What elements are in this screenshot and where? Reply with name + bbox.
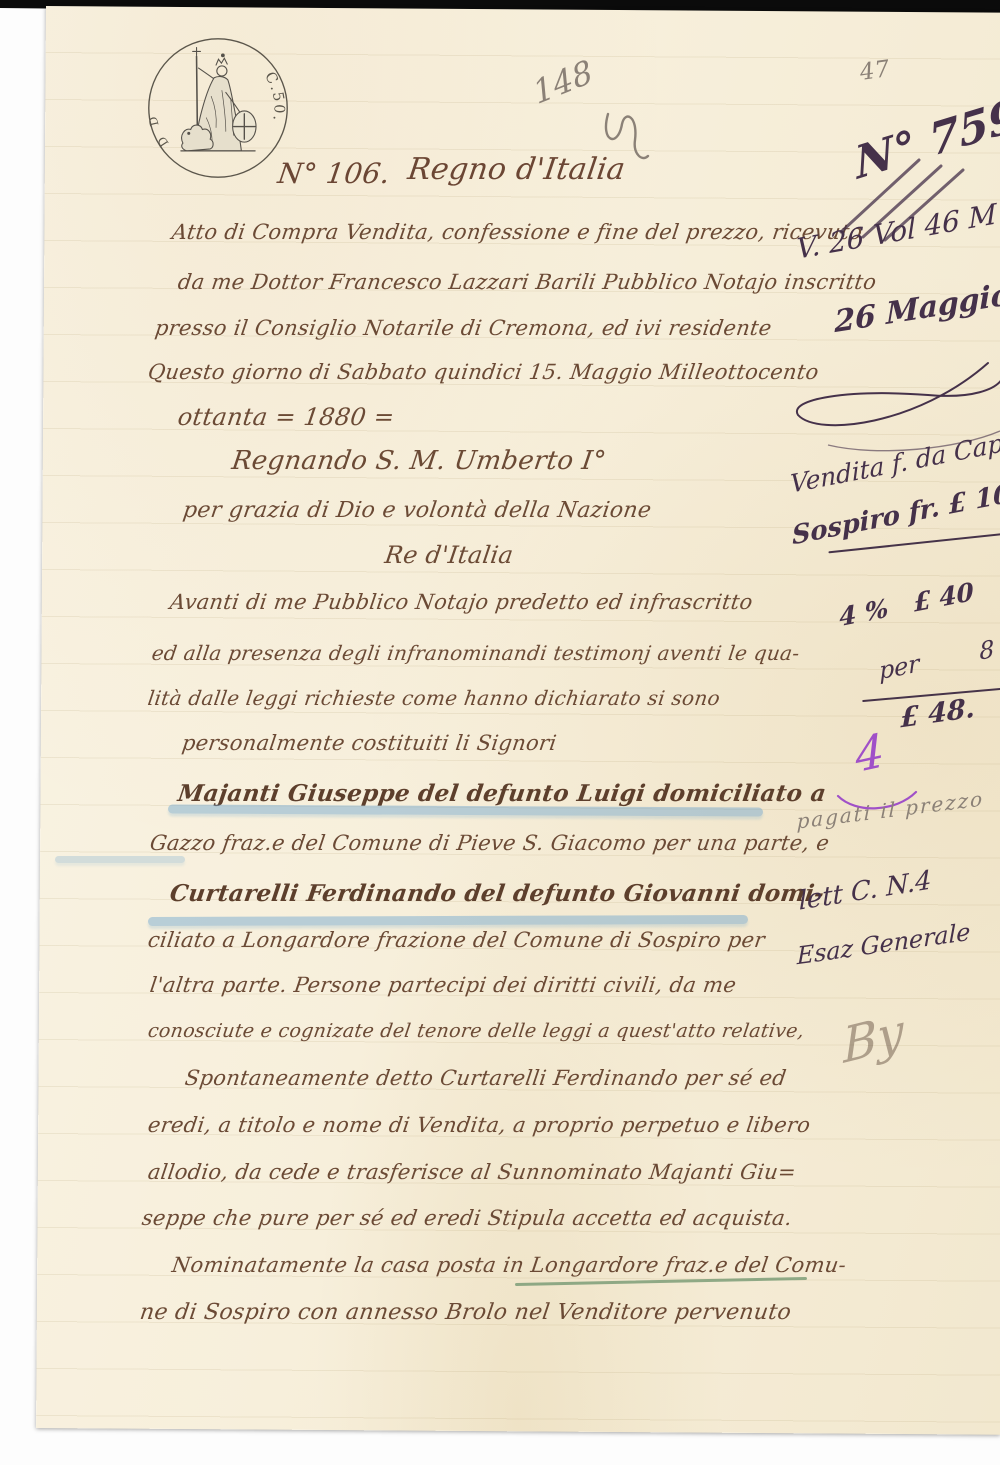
page-number-pencil: 47 xyxy=(859,58,892,85)
manuscript-line: ciliato a Longardore frazione del Comune… xyxy=(147,930,767,951)
stamp-left-text: D D xyxy=(145,111,172,149)
manuscript-line: per grazia di Dio e volontà della Nazion… xyxy=(181,500,652,522)
blue-highlight-seller xyxy=(148,915,748,926)
manuscript-content: C.50. D D 148 47 N° 106. Regno d'Italia … xyxy=(0,0,1000,1465)
notary-paraph: By xyxy=(842,1007,904,1071)
fee-total: £ 48. xyxy=(900,695,974,733)
document-title: Regno d'Italia xyxy=(406,155,627,185)
manuscript-line: personalmente costituiti li Signori xyxy=(181,733,558,754)
manuscript-line: allodio, da cede e trasferisce al Sunnom… xyxy=(147,1162,798,1183)
manuscript-line: Avanti di me Pubblico Notajo predetto ed… xyxy=(169,592,755,613)
manuscript-line: eredi, a titolo e nome di Vendita, a pro… xyxy=(147,1115,812,1136)
manuscript-line: l'altra parte. Persone partecipi dei dir… xyxy=(149,975,738,996)
manuscript-line: Atto di Compra Vendita, confessione e fi… xyxy=(171,222,864,243)
manuscript-line: seppe che pure per sé ed eredi Stipula a… xyxy=(141,1208,794,1229)
manuscript-line: Questo giorno di Sabbato quindici 15. Ma… xyxy=(147,362,821,383)
green-underline-longardore xyxy=(515,1277,807,1286)
manuscript-line: Gazzo fraz.e del Comune di Pieve S. Giac… xyxy=(149,833,831,854)
manuscript-line: conosciute e cognizate del tenore delle … xyxy=(147,1022,806,1041)
act-number: N° 106. xyxy=(276,160,392,188)
fee-rate: 4 % £ 40 xyxy=(839,579,975,630)
blue-highlight-edge xyxy=(55,856,185,863)
manuscript-line: ne di Sospiro con annesso Brolo nel Vend… xyxy=(138,1302,792,1324)
fee-note-line1: lett C. N.4 xyxy=(799,867,932,914)
manuscript-line: Re d'Italia xyxy=(383,543,515,567)
manuscript-line: Nominatamente la casa posta in Longardor… xyxy=(171,1255,848,1276)
stamp-figure-icon xyxy=(181,48,256,151)
manuscript-line: ed alla presenza degli infranominandi te… xyxy=(151,643,801,663)
blue-highlight-buyer xyxy=(168,804,763,816)
fee-note-line2: Esaz Generale xyxy=(797,920,970,969)
manuscript-line-buyer: Majanti Giuseppe del defunto Luigi domic… xyxy=(176,782,827,805)
manuscript-line: ottanta = 1880 = xyxy=(176,405,396,429)
manuscript-line: presso il Consiglio Notarile di Cremona,… xyxy=(154,318,773,339)
center-pencil-note: 148 xyxy=(530,55,596,109)
svg-text:D D: D D xyxy=(145,111,172,149)
manuscript-line: lità dalle leggi richieste come hanno di… xyxy=(147,688,722,708)
stamp-denomination: C.50. xyxy=(261,69,288,124)
manuscript-line: Spontaneamente detto Curtarelli Ferdinan… xyxy=(184,1068,788,1089)
revenue-stamp: C.50. D D xyxy=(140,30,296,186)
manuscript-line: Regnando S. M. Umberto I° xyxy=(230,448,608,474)
fee-extra: per 8 xyxy=(878,637,994,684)
manuscript-line-seller: Curtarelli Ferdinando del defunto Giovan… xyxy=(168,882,825,905)
scanned-notarial-act: C.50. D D 148 47 N° 106. Regno d'Italia … xyxy=(0,0,1000,1465)
svg-text:C.50.: C.50. xyxy=(261,69,288,124)
purple-check-mark: 4 xyxy=(854,727,886,779)
manuscript-line: da me Dottor Francesco Lazzari Barili Pu… xyxy=(177,272,878,293)
